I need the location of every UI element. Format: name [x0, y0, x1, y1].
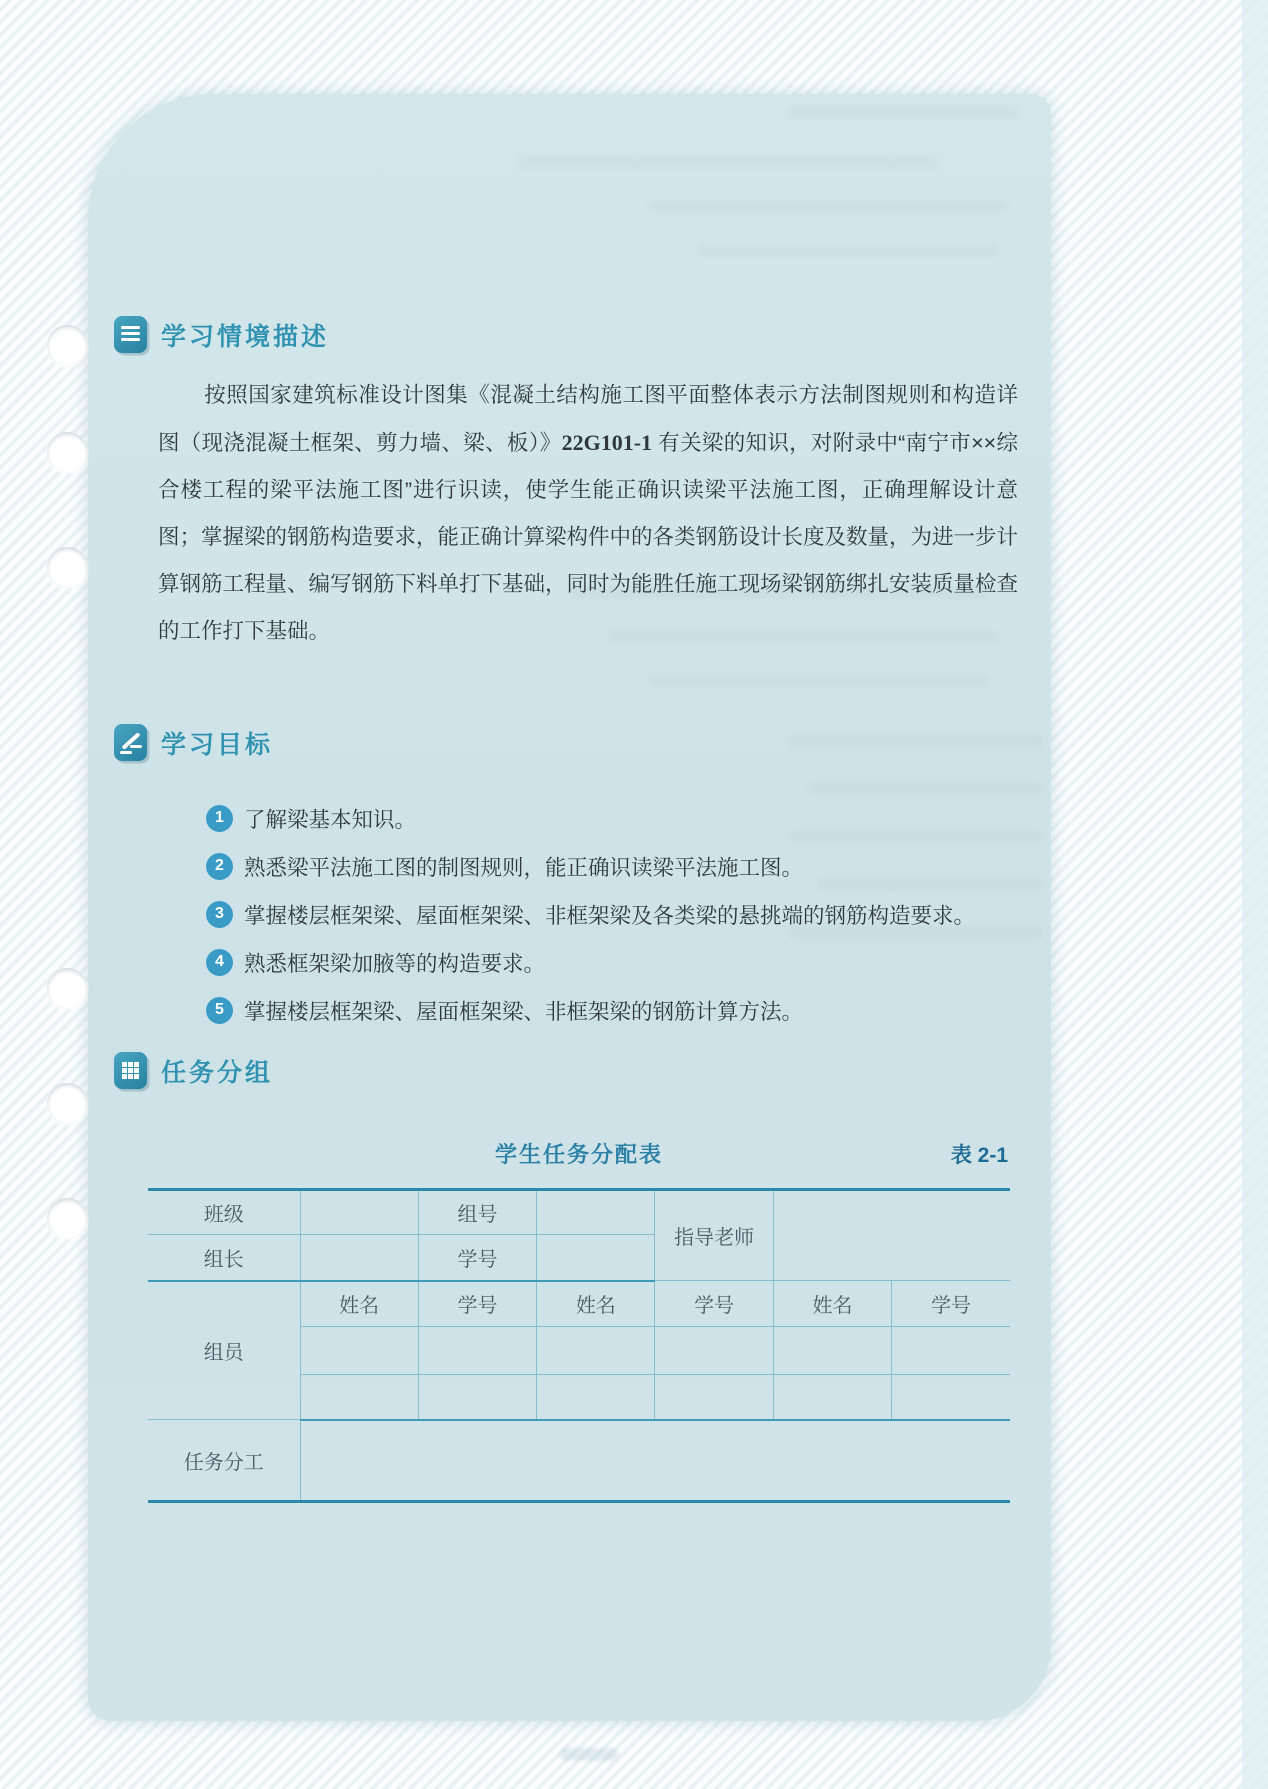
- section-header-description: 学习情境描述: [114, 316, 329, 353]
- page-background: { "colors": { "accent_teal": "#2e92b0", …: [0, 0, 1268, 1789]
- division-value-cell: [300, 1420, 1010, 1502]
- objective-text: 熟悉框架梁加腋等的构造要求。: [244, 947, 545, 978]
- member-id-cell: [655, 1327, 773, 1375]
- grid-keypad-icon: [114, 1052, 147, 1089]
- objective-item: 4 熟悉框架梁加腋等的构造要求。: [206, 938, 1036, 986]
- member-name-cell: [300, 1375, 418, 1420]
- section-header-task-group: 任务分组: [114, 1052, 273, 1089]
- binder-hole: [47, 547, 88, 588]
- member-id-cell: [418, 1327, 536, 1375]
- objective-text: 掌握楼层框架梁、屋面框架梁、非框架梁及各类梁的悬挑端的钢筋构造要求。: [244, 899, 975, 930]
- section-title: 任务分组: [161, 1053, 273, 1089]
- objective-item: 3 掌握楼层框架梁、屋面框架梁、非框架梁及各类梁的悬挑端的钢筋构造要求。: [206, 890, 1036, 938]
- number-badge-icon: 1: [206, 805, 233, 832]
- label-group-no: 组号: [418, 1190, 536, 1235]
- advisor-value-cell: [773, 1190, 1010, 1281]
- binder-hole: [47, 325, 88, 366]
- objective-text: 掌握楼层框架梁、屋面框架梁、非框架梁的钢筋计算方法。: [244, 995, 803, 1026]
- member-id-cell: [655, 1375, 773, 1420]
- class-value-cell: [300, 1190, 418, 1235]
- description-paragraph: 按照国家建筑标准设计图集《混凝土结构施工图平面整体表示方法制图规则和构造详图（现…: [158, 372, 1018, 655]
- label-division: 任务分工: [148, 1420, 300, 1502]
- task-allocation-table: 班级 组号 指导老师 组长 学号 组员 姓名 学号 姓名 学号 姓名 学号: [148, 1188, 1010, 1503]
- number-badge-icon: 2: [206, 853, 233, 880]
- binder-hole: [47, 432, 88, 473]
- label-name: 姓名: [773, 1281, 891, 1327]
- table-number: 表 2-1: [951, 1139, 1008, 1169]
- standard-code-text: 22G101-1: [562, 430, 652, 455]
- member-id-cell: [418, 1375, 536, 1420]
- binder-hole: [47, 1083, 88, 1124]
- label-class: 班级: [148, 1190, 300, 1235]
- number-badge-icon: 3: [206, 901, 233, 928]
- section-title: 学习情境描述: [161, 317, 329, 353]
- member-name-cell: [300, 1327, 418, 1375]
- label-student-id: 学号: [418, 1235, 536, 1281]
- label-student-id: 学号: [655, 1281, 773, 1327]
- bleed-artifact: [518, 156, 938, 169]
- binder-hole: [47, 1198, 88, 1239]
- group-no-value-cell: [537, 1190, 655, 1235]
- objectives-list: 1 了解梁基本知识。 2 熟悉梁平法施工图的制图规则，能正确识读梁平法施工图。 …: [206, 794, 1036, 1034]
- number-badge-icon: 4: [206, 949, 233, 976]
- bleed-artifact: [788, 734, 1043, 747]
- table-row: 班级 组号 指导老师: [148, 1190, 1010, 1235]
- member-id-cell: [892, 1327, 1010, 1375]
- bleed-artifact: [648, 674, 988, 687]
- bleed-artifact: [648, 200, 1008, 213]
- pencil-note-icon: [114, 724, 147, 761]
- label-student-id: 学号: [418, 1281, 536, 1327]
- table-title: 学生任务分配表: [148, 1138, 1010, 1169]
- label-advisor: 指导老师: [655, 1190, 773, 1281]
- objective-item: 2 熟悉梁平法施工图的制图规则，能正确识读梁平法施工图。: [206, 842, 1036, 890]
- content-card: 学习情境描述 按照国家建筑标准设计图集《混凝土结构施工图平面整体表示方法制图规则…: [88, 94, 1051, 1721]
- table-row: 组员 姓名 学号 姓名 学号 姓名 学号: [148, 1281, 1010, 1327]
- section-title: 学习目标: [161, 725, 273, 761]
- objective-text: 了解梁基本知识。: [244, 803, 416, 834]
- paragraph-text-after: 有关梁的知识，对附录中“南宁市××综合楼工程的梁平法施工图”进行识读，使学生能正…: [158, 431, 1018, 643]
- bleed-artifact: [560, 1748, 618, 1761]
- table-row: 任务分工: [148, 1420, 1010, 1502]
- leader-value-cell: [300, 1235, 418, 1281]
- bleed-artifact: [698, 244, 998, 257]
- member-name-cell: [537, 1375, 655, 1420]
- binder-hole: [47, 968, 88, 1009]
- member-name-cell: [773, 1375, 891, 1420]
- objective-item: 5 掌握楼层框架梁、屋面框架梁、非框架梁的钢筋计算方法。: [206, 986, 1036, 1034]
- leader-id-value-cell: [537, 1235, 655, 1281]
- label-name: 姓名: [537, 1281, 655, 1327]
- objective-item: 1 了解梁基本知识。: [206, 794, 1036, 842]
- label-student-id: 学号: [892, 1281, 1010, 1327]
- objective-text: 熟悉梁平法施工图的制图规则，能正确识读梁平法施工图。: [244, 851, 803, 882]
- label-members: 组员: [148, 1281, 300, 1420]
- label-leader: 组长: [148, 1235, 300, 1281]
- page-edge-band: [1242, 0, 1268, 1789]
- table-caption: 学生任务分配表 表 2-1: [148, 1138, 1010, 1172]
- label-name: 姓名: [300, 1281, 418, 1327]
- member-id-cell: [892, 1375, 1010, 1420]
- member-name-cell: [537, 1327, 655, 1375]
- bleed-artifact: [788, 106, 1018, 119]
- number-badge-icon: 5: [206, 997, 233, 1024]
- section-header-objectives: 学习目标: [114, 724, 273, 761]
- document-lines-icon: [114, 316, 147, 353]
- member-name-cell: [773, 1327, 891, 1375]
